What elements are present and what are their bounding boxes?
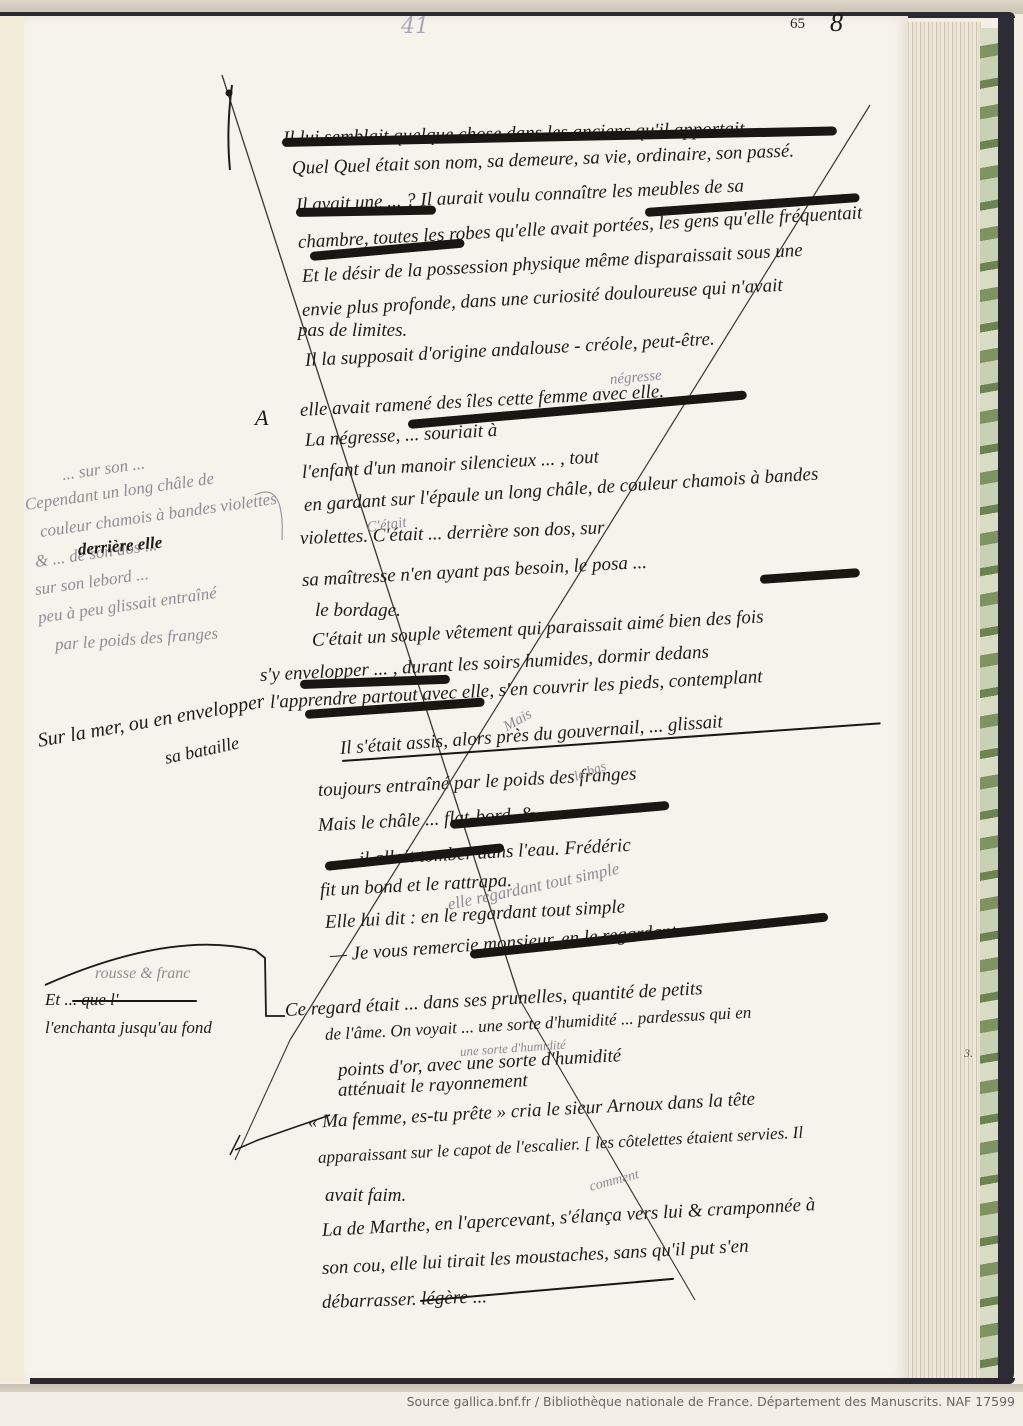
pencil-folio-number: 41 (401, 14, 429, 39)
body-line: le bordage. (315, 600, 401, 622)
body-line: pas de limites. (298, 320, 407, 342)
book-cover-right-edge (998, 12, 1014, 1382)
margin-mark: 3. (964, 1046, 973, 1061)
ink-strikethrough (72, 1000, 197, 1002)
margin-note-pencil: rousse & franc (95, 965, 190, 983)
printed-page-number: 65 (790, 16, 805, 33)
book-page-edges (905, 22, 981, 1378)
margin-note-ink: l'enchanta jusqu'au fond (45, 1018, 212, 1038)
ink-folio-number: 8 (830, 8, 843, 38)
margin-marker: A (255, 405, 268, 431)
scan-background-bottom (0, 1384, 1023, 1392)
marbled-endpaper (980, 28, 1000, 1378)
facing-page-strip (0, 16, 24, 1382)
source-caption: Source gallica.bnf.fr / Bibliothèque nat… (0, 1394, 1015, 1409)
body-line: avait faim. (325, 1185, 406, 1207)
